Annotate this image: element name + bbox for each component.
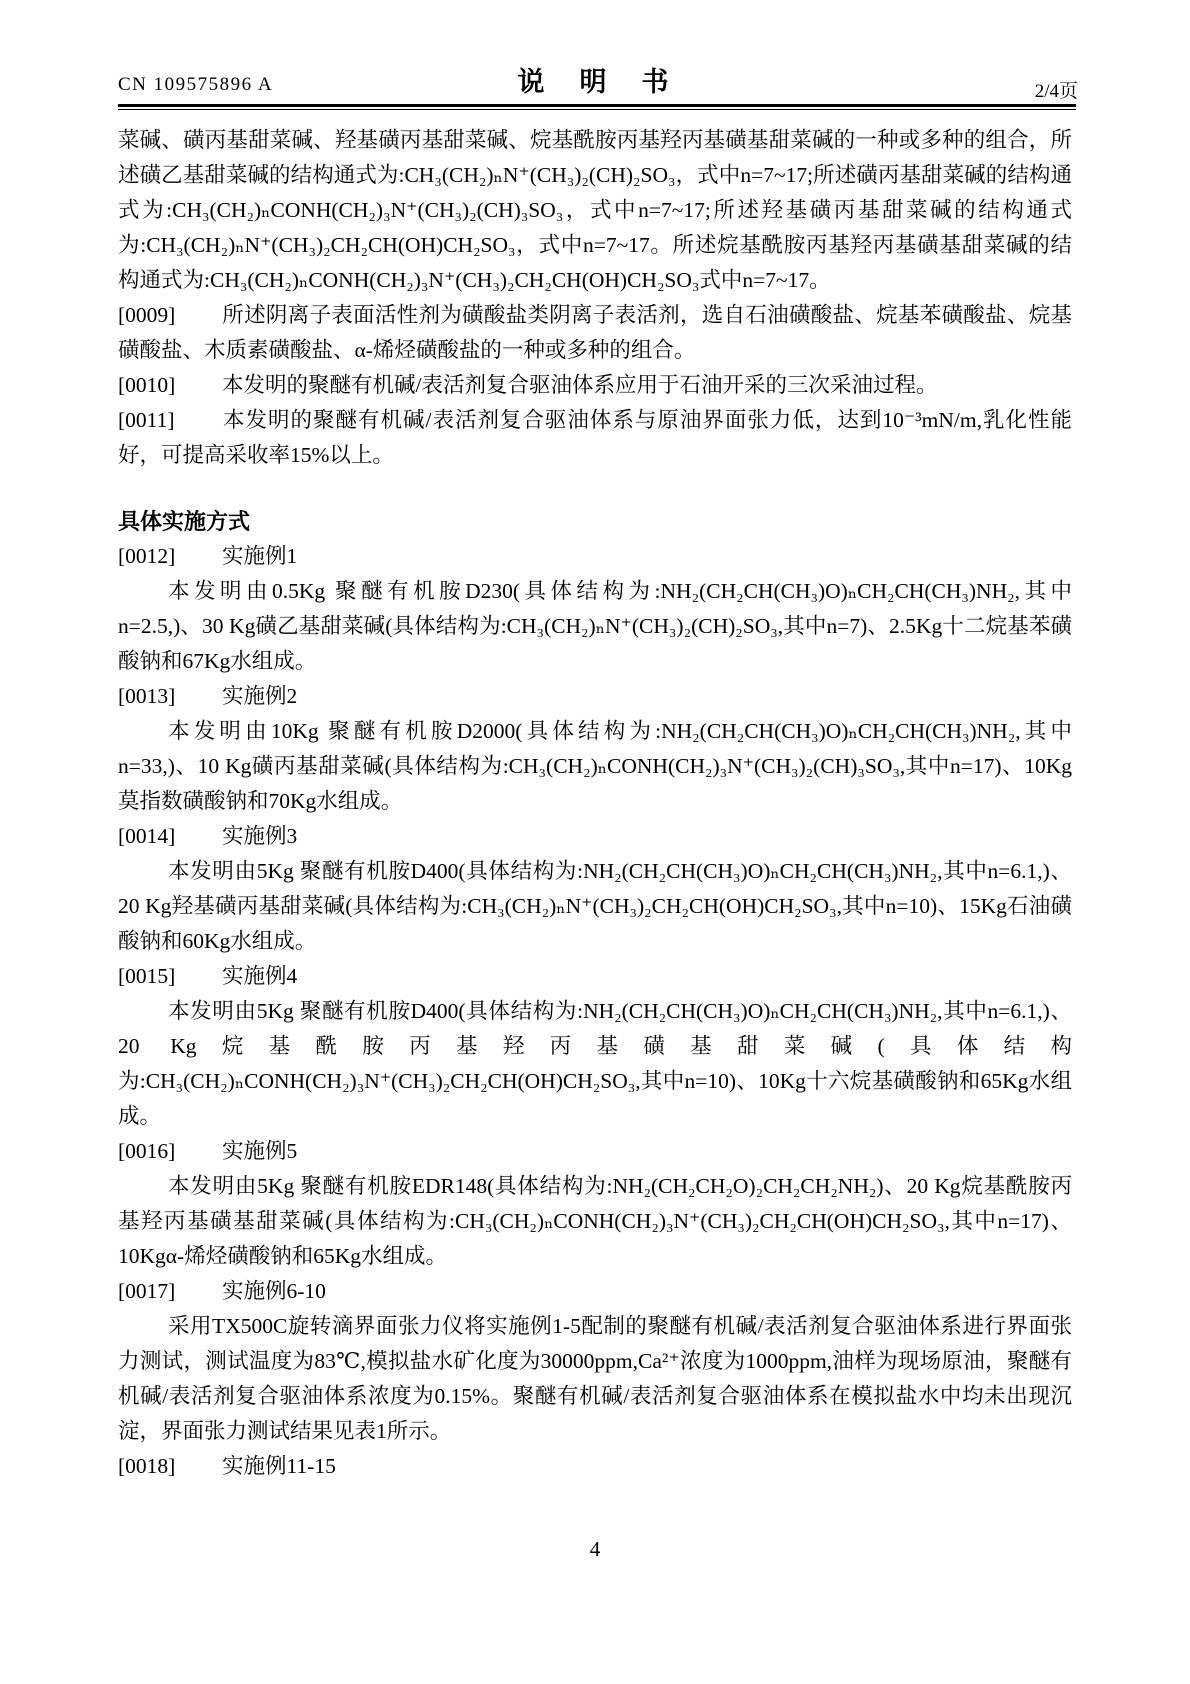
paragraph-number: [0018] xyxy=(118,1449,222,1484)
header-rule xyxy=(118,104,1076,110)
paragraph-number: [0017] xyxy=(118,1274,222,1309)
paragraph: 采用TX500C旋转滴界面张力仪将实施例1-5配制的聚醚有机碱/表活剂复合驱油体… xyxy=(118,1309,1072,1449)
paragraph: 本发明由5Kg 聚醚有机胺D400(具体结构为:NH₂(CH₂CH(CH₃)O)… xyxy=(118,854,1072,959)
paragraph: [0012]实施例1 xyxy=(118,539,1072,574)
paragraph-text: 实施例2 xyxy=(222,684,297,708)
paragraph-number: [0012] xyxy=(118,539,222,574)
page-indicator: 2/4页 xyxy=(1035,76,1078,103)
section-heading-text: 具体实施方式 xyxy=(118,509,250,534)
paragraph-text: 实施例1 xyxy=(222,544,297,568)
paragraph-number: [0010] xyxy=(118,368,222,403)
section-heading: 具体实施方式 xyxy=(118,504,1072,539)
paragraph-text: 实施例3 xyxy=(222,824,297,848)
paragraph-text: 实施例11-15 xyxy=(222,1454,336,1478)
paragraph-text: 所述阴离子表面活性剂为磺酸盐类阴离子表活剂，选自石油磺酸盐、烷基苯磺酸盐、烷基磺… xyxy=(118,303,1072,362)
paragraph-number: [0009] xyxy=(118,298,222,333)
paragraph-text: 本发明的聚醚有机碱/表活剂复合驱油体系应用于石油开采的三次采油过程。 xyxy=(222,373,937,397)
paragraph: [0014]实施例3 xyxy=(118,819,1072,854)
paragraph-text: 本发明由5Kg 聚醚有机胺D400(具体结构为:NH₂(CH₂CH(CH₃)O)… xyxy=(118,999,1072,1128)
paragraph-text: 本发明由5Kg 聚醚有机胺D400(具体结构为:NH₂(CH₂CH(CH₃)O)… xyxy=(118,859,1072,953)
patent-page: CN 109575896 A 说 明 书 2/4页 菜碱、磺丙基甜菜碱、羟基磺丙… xyxy=(0,0,1190,1684)
document-body: 菜碱、磺丙基甜菜碱、羟基磺丙基甜菜碱、烷基酰胺丙基羟丙基磺基甜菜碱的一种或多种的… xyxy=(118,123,1072,1484)
paragraph: 菜碱、磺丙基甜菜碱、羟基磺丙基甜菜碱、烷基酰胺丙基羟丙基磺基甜菜碱的一种或多种的… xyxy=(118,123,1072,298)
paragraph: 本发明由0.5Kg 聚醚有机胺D230(具体结构为:NH₂(CH₂CH(CH₃)… xyxy=(118,574,1072,679)
paragraph-text: 实施例6-10 xyxy=(222,1279,326,1303)
paragraph-text: 菜碱、磺丙基甜菜碱、羟基磺丙基甜菜碱、烷基酰胺丙基羟丙基磺基甜菜碱的一种或多种的… xyxy=(118,128,1072,292)
paragraph: [0018]实施例11-15 xyxy=(118,1449,1072,1484)
paragraph-text: 本发明由10Kg 聚醚有机胺D2000(具体结构为:NH₂(CH₂CH(CH₃)… xyxy=(118,719,1072,813)
paragraph: [0016]实施例5 xyxy=(118,1134,1072,1169)
paragraph: [0013]实施例2 xyxy=(118,679,1072,714)
paragraph-text: 采用TX500C旋转滴界面张力仪将实施例1-5配制的聚醚有机碱/表活剂复合驱油体… xyxy=(118,1314,1072,1443)
paragraph-number: [0016] xyxy=(118,1134,222,1169)
paragraph-number: [0011] xyxy=(118,403,222,438)
paragraph-text: 本发明由0.5Kg 聚醚有机胺D230(具体结构为:NH₂(CH₂CH(CH₃)… xyxy=(118,579,1072,673)
paragraph: 本发明由10Kg 聚醚有机胺D2000(具体结构为:NH₂(CH₂CH(CH₃)… xyxy=(118,714,1072,819)
paragraph-number: [0013] xyxy=(118,679,222,714)
paragraph: [0015]实施例4 xyxy=(118,959,1072,994)
paragraph-number: [0014] xyxy=(118,819,222,854)
document-title: 说 明 书 xyxy=(0,60,1190,99)
paragraph: [0010]本发明的聚醚有机碱/表活剂复合驱油体系应用于石油开采的三次采油过程。 xyxy=(118,368,1072,403)
paragraph-text: 本发明由5Kg 聚醚有机胺EDR148(具体结构为:NH₂(CH₂CH₂O)₂C… xyxy=(118,1174,1072,1268)
page-number: 4 xyxy=(0,1537,1190,1562)
paragraph-number: [0015] xyxy=(118,959,222,994)
paragraph-text: 本发明的聚醚有机碱/表活剂复合驱油体系与原油界面张力低，达到10⁻³mN/m,乳… xyxy=(118,408,1072,467)
paragraph: [0011]本发明的聚醚有机碱/表活剂复合驱油体系与原油界面张力低，达到10⁻³… xyxy=(118,403,1072,473)
paragraph: 本发明由5Kg 聚醚有机胺EDR148(具体结构为:NH₂(CH₂CH₂O)₂C… xyxy=(118,1169,1072,1274)
paragraph-text: 实施例5 xyxy=(222,1139,297,1163)
paragraph-text: 实施例4 xyxy=(222,964,297,988)
paragraph: [0009]所述阴离子表面活性剂为磺酸盐类阴离子表活剂，选自石油磺酸盐、烷基苯磺… xyxy=(118,298,1072,368)
paragraph: [0017]实施例6-10 xyxy=(118,1274,1072,1309)
paragraph: 本发明由5Kg 聚醚有机胺D400(具体结构为:NH₂(CH₂CH(CH₃)O)… xyxy=(118,994,1072,1134)
